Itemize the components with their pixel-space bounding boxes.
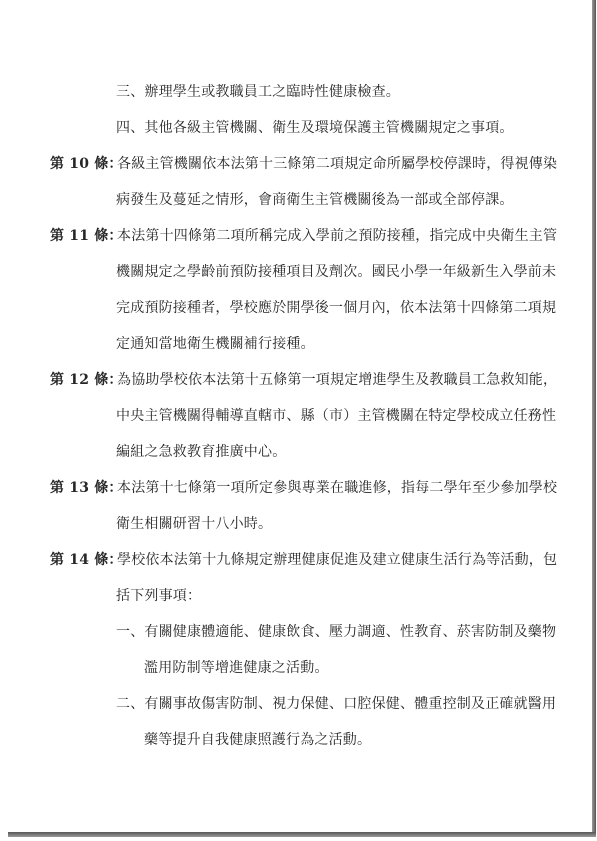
document-text-line: 中央主管機關得輔導直轄市、縣（市）主管機關在特定學校成立任務性 bbox=[0, 398, 597, 434]
line-text: 藥等提升自我健康照護行為之活動。 bbox=[144, 732, 371, 748]
document-text-line: 三、辦理學生或教職員工之臨時性健康檢查。 bbox=[0, 74, 597, 110]
document-text-line: 四、其他各級主管機關、衛生及環境保護主管機關規定之事項。 bbox=[0, 110, 597, 146]
line-text: 各級主管機關依本法第十三條第二項規定命所屬學校停課時，得視傳染 bbox=[117, 156, 557, 172]
line-text: 三、辦理學生或教職員工之臨時性健康檢查。 bbox=[116, 84, 400, 100]
article-line: 第 14 條：學校依本法第十九條規定辦理健康促進及建立健康生活行為等活動，包 bbox=[0, 542, 597, 578]
line-text: 衛生相關研習十八小時。 bbox=[116, 516, 272, 532]
line-text: 機關規定之學齡前預防接種項目及劑次。國民小學一年級新生入學前未 bbox=[116, 264, 556, 280]
line-text: 定通知當地衛生機關補行接種。 bbox=[116, 336, 315, 352]
line-text: 完成預防接種者，學校應於開學後一個月內，依本法第十四條第二項規 bbox=[116, 300, 556, 316]
document-text-line: 機關規定之學齡前預防接種項目及劑次。國民小學一年級新生入學前未 bbox=[0, 254, 597, 290]
document-text-line: 一、有關健康體適能、健康飲食、壓力調適、性教育、菸害防制及藥物 bbox=[0, 614, 597, 650]
document-text-line: 病發生及蔓延之情形，會商衛生主管機關後為一部或全部停課。 bbox=[0, 182, 597, 218]
document-body: 三、辦理學生或教職員工之臨時性健康檢查。四、其他各級主管機關、衛生及環境保護主管… bbox=[0, 74, 597, 758]
article-number-label: 第 14 條： bbox=[50, 542, 123, 578]
article-line: 第 12 條：為協助學校依本法第十五條第一項規定增進學生及教職員工急救知能， bbox=[0, 362, 597, 398]
line-text: 病發生及蔓延之情形，會商衛生主管機關後為一部或全部停課。 bbox=[116, 192, 514, 208]
article-number-label: 第 12 條： bbox=[50, 362, 123, 398]
article-line: 第 11 條：本法第十四條第二項所稱完成入學前之預防接種，指完成中央衛生主管 bbox=[0, 218, 597, 254]
document-page: 三、辦理學生或教職員工之臨時性健康檢查。四、其他各級主管機關、衛生及環境保護主管… bbox=[0, 0, 597, 841]
document-text-line: 衛生相關研習十八小時。 bbox=[0, 506, 597, 542]
document-text-line: 藥等提升自我健康照護行為之活動。 bbox=[0, 722, 597, 758]
line-text: 學校依本法第十九條規定辦理健康促進及建立健康生活行為等活動，包 bbox=[117, 552, 557, 568]
article-number-label: 第 13 條： bbox=[50, 470, 123, 506]
document-text-line: 濫用防制等增進健康之活動。 bbox=[0, 650, 597, 686]
document-text-line: 括下列事項： bbox=[0, 578, 597, 614]
line-text: 括下列事項： bbox=[116, 588, 201, 604]
line-text: 四、其他各級主管機關、衛生及環境保護主管機關規定之事項。 bbox=[116, 120, 514, 136]
document-text-line: 編組之急救教育推廣中心。 bbox=[0, 434, 597, 470]
line-text: 二、有關事故傷害防制、視力保健、口腔保健、體重控制及正確就醫用 bbox=[116, 696, 556, 712]
article-line: 第 13 條：本法第十七條第一項所定參與專業在職進修，指每二學年至少參加學校 bbox=[0, 470, 597, 506]
page-shadow-bottom bbox=[8, 832, 596, 837]
line-text: 本法第十七條第一項所定參與專業在職進修，指每二學年至少參加學校 bbox=[117, 480, 557, 496]
document-text-line: 二、有關事故傷害防制、視力保健、口腔保健、體重控制及正確就醫用 bbox=[0, 686, 597, 722]
document-text-line: 定通知當地衛生機關補行接種。 bbox=[0, 326, 597, 362]
line-text: 本法第十四條第二項所稱完成入學前之預防接種，指完成中央衛生主管 bbox=[117, 228, 557, 244]
line-text: 濫用防制等增進健康之活動。 bbox=[144, 660, 329, 676]
article-number-label: 第 11 條： bbox=[50, 218, 123, 254]
line-text: 為協助學校依本法第十五條第一項規定增進學生及教職員工急救知能， bbox=[117, 372, 557, 388]
article-number-label: 第 10 條： bbox=[50, 146, 123, 182]
line-text: 一、有關健康體適能、健康飲食、壓力調適、性教育、菸害防制及藥物 bbox=[116, 624, 556, 640]
article-line: 第 10 條：各級主管機關依本法第十三條第二項規定命所屬學校停課時，得視傳染 bbox=[0, 146, 597, 182]
line-text: 編組之急救教育推廣中心。 bbox=[116, 444, 286, 460]
document-text-line: 完成預防接種者，學校應於開學後一個月內，依本法第十四條第二項規 bbox=[0, 290, 597, 326]
page-shadow-right bbox=[592, 0, 596, 836]
line-text: 中央主管機關得輔導直轄市、縣（市）主管機關在特定學校成立任務性 bbox=[116, 408, 556, 424]
